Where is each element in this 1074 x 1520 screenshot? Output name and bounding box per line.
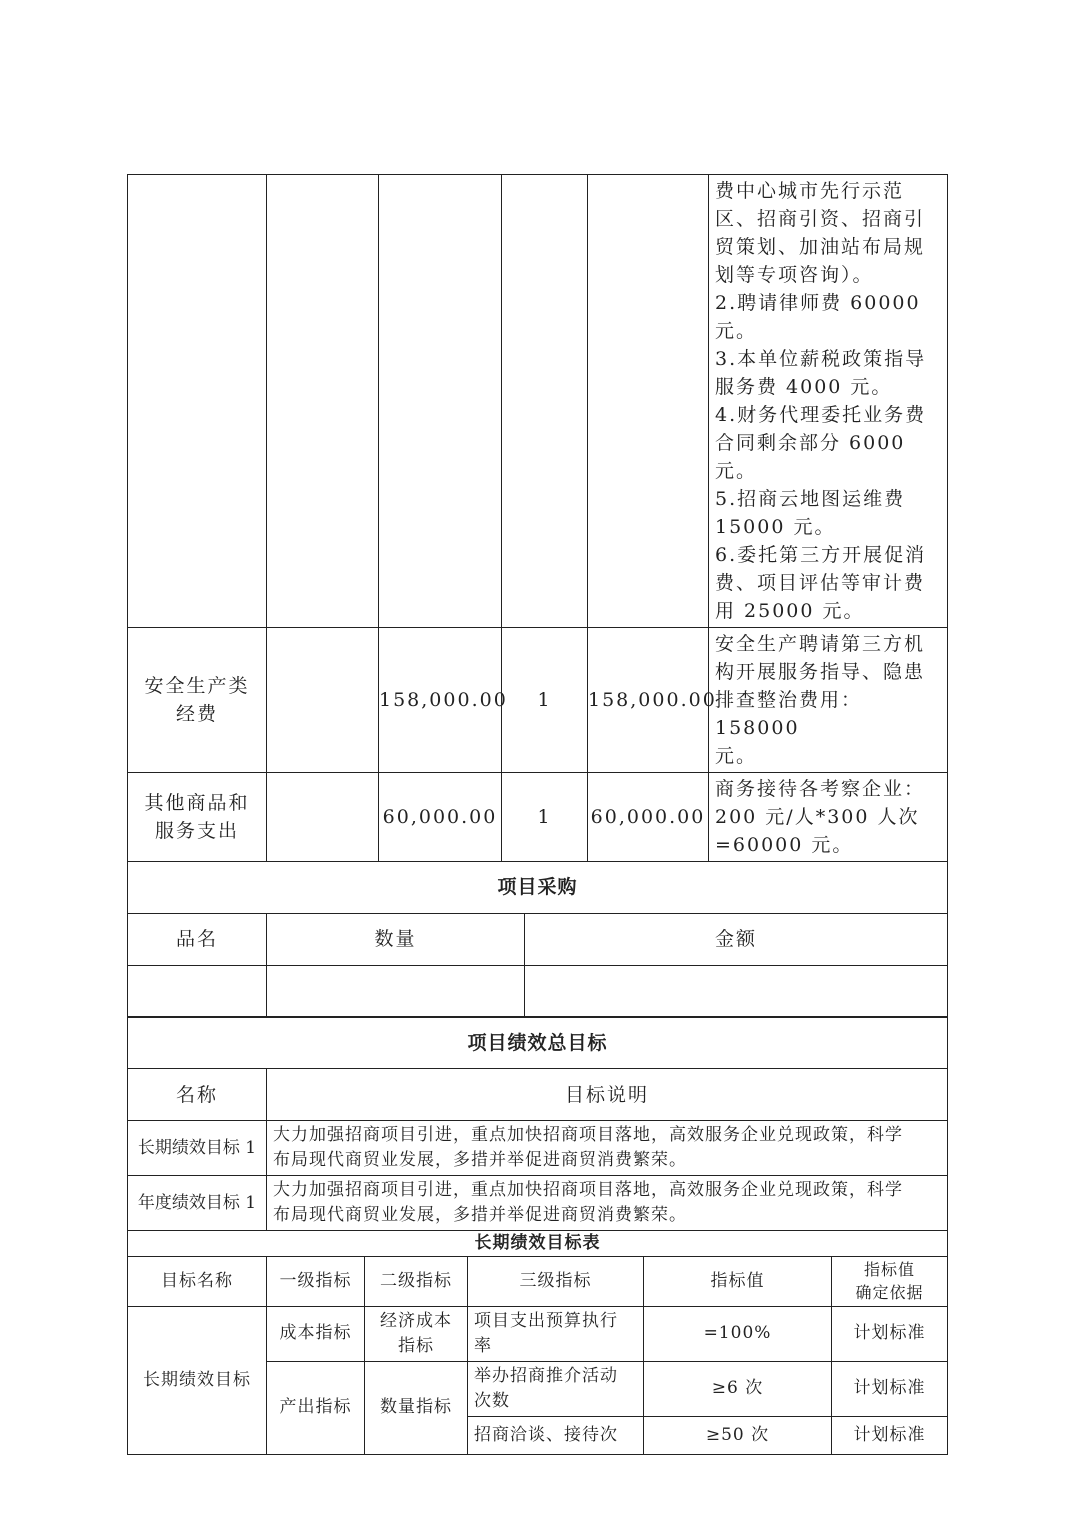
- procurement-title: 项目采购: [128, 861, 948, 913]
- note-line: 2.聘请律师费 60000 元。: [715, 289, 941, 345]
- procurement-table: 项目采购 品名 数量 金额: [127, 861, 948, 1018]
- note-line: 用 25000 元。: [715, 597, 941, 625]
- calculation-note-cell: 商务接待各考察企业： 200 元/人*300 人次 =60000 元。: [709, 773, 948, 862]
- note-line: 费、项目评估等审计费: [715, 569, 941, 597]
- header-level2: 二级指标: [365, 1256, 468, 1306]
- blank-cell: [267, 773, 379, 862]
- goal-description: 大力加强招商项目引进，重点加快招商项目落地，高效服务企业兑现政策，科学 布局现代…: [267, 1176, 948, 1231]
- note-line: 4.财务代理委托业务费: [715, 401, 941, 429]
- blank-cell: [267, 175, 379, 628]
- note-line: 排查整治费用：158000: [715, 686, 941, 742]
- goal-description: 大力加强招商项目引进，重点加快招商项目落地，高效服务企业兑现政策，科学 布局现代…: [267, 1121, 948, 1176]
- note-line: 6.委托第三方开展促消: [715, 541, 941, 569]
- amount-cell: 60,000.00: [588, 773, 709, 862]
- document-page: 费中心城市先行示范 区、招商引资、招商引 贸策划、加油站布局规 划等专项咨询）。…: [127, 174, 947, 1455]
- note-line: 划等专项咨询）。: [715, 261, 941, 289]
- calculation-note-cell: 安全生产聘请第三方机 构开展服务指导、隐患 排查整治费用：158000 元。: [709, 628, 948, 773]
- level3-line: 率: [474, 1334, 637, 1359]
- quantity-cell: 1: [502, 773, 588, 862]
- procurement-cell: [267, 965, 525, 1017]
- item-name-line: 安全生产类: [128, 672, 266, 700]
- quantity-cell: [502, 175, 588, 628]
- overall-goal-title: 项目绩效总目标: [128, 1017, 948, 1069]
- budget-detail-table: 费中心城市先行示范 区、招商引资、招商引 贸策划、加油站布局规 划等专项咨询）。…: [127, 174, 948, 862]
- header-description: 目标说明: [267, 1069, 948, 1121]
- item-name-cell: [128, 175, 267, 628]
- goal-name: 年度绩效目标 1: [128, 1176, 267, 1231]
- desc-line: 布局现代商贸业发展，多措并举促进商贸消费繁荣。: [273, 1203, 941, 1228]
- level3-line: 举办招商推介活动: [474, 1364, 637, 1389]
- note-line: 构开展服务指导、隐患: [715, 658, 941, 686]
- level3-line: 次数: [474, 1389, 637, 1414]
- goal-name-cell: 长期绩效目标: [128, 1306, 267, 1454]
- item-name-line: 其他商品和: [128, 789, 266, 817]
- value-cell: ≥6 次: [644, 1361, 832, 1416]
- level1-cell: 成本指标: [267, 1306, 365, 1361]
- amount-cell: [588, 175, 709, 628]
- level3-cell: 项目支出预算执行 率: [468, 1306, 644, 1361]
- budget-row: 其他商品和 服务支出 60,000.00 1 60,000.00 商务接待各考察…: [128, 773, 948, 862]
- desc-line: 布局现代商贸业发展，多措并举促进商贸消费繁荣。: [273, 1148, 941, 1173]
- note-line: 200 元/人*300 人次: [715, 803, 941, 831]
- long-term-table-title: 长期绩效目标表: [128, 1230, 948, 1256]
- procurement-cell: [525, 965, 948, 1017]
- basis-cell: 计划标准: [832, 1306, 948, 1361]
- note-line: 5.招商云地图运维费: [715, 485, 941, 513]
- item-name-cell: 其他商品和 服务支出: [128, 773, 267, 862]
- header-level3: 三级指标: [468, 1256, 644, 1306]
- calculation-note-cell: 费中心城市先行示范 区、招商引资、招商引 贸策划、加油站布局规 划等专项咨询）。…: [709, 175, 948, 628]
- unit-price-cell: 158,000.00: [379, 628, 502, 773]
- value-cell: ≥50 次: [644, 1416, 832, 1454]
- header-basis-line: 指标值: [832, 1258, 947, 1281]
- header-goal-name: 目标名称: [128, 1256, 267, 1306]
- note-line: 服务费 4000 元。: [715, 373, 941, 401]
- overall-goal-table: 项目绩效总目标 名称 目标说明 长期绩效目标 1 大力加强招商项目引进，重点加快…: [127, 1016, 948, 1231]
- note-line: 3.本单位薪税政策指导: [715, 345, 941, 373]
- header-level1: 一级指标: [267, 1256, 365, 1306]
- level1-cell: 产出指标: [267, 1361, 365, 1454]
- note-line: =60000 元。: [715, 831, 941, 859]
- item-name-cell: 安全生产类 经费: [128, 628, 267, 773]
- level3-line: 项目支出预算执行: [474, 1309, 637, 1334]
- header-item-name: 品名: [128, 913, 267, 965]
- quantity-cell: 1: [502, 628, 588, 773]
- item-name-line: 经费: [128, 700, 266, 728]
- goal-name: 长期绩效目标 1: [128, 1121, 267, 1176]
- header-quantity: 数量: [267, 913, 525, 965]
- level2-cell: 数量指标: [365, 1361, 468, 1454]
- level2-line: 指标: [365, 1334, 467, 1359]
- level2-cell: 经济成本 指标: [365, 1306, 468, 1361]
- header-basis-line: 确定依据: [832, 1281, 947, 1304]
- note-line: 15000 元。: [715, 513, 941, 541]
- desc-line: 大力加强招商项目引进，重点加快招商项目落地，高效服务企业兑现政策，科学: [273, 1123, 941, 1148]
- blank-cell: [267, 628, 379, 773]
- note-line: 合同剩余部分 6000 元。: [715, 429, 941, 485]
- unit-price-cell: 60,000.00: [379, 773, 502, 862]
- amount-cell: 158,000.00: [588, 628, 709, 773]
- level2-line: 经济成本: [365, 1309, 467, 1334]
- value-cell: =100%: [644, 1306, 832, 1361]
- header-amount: 金额: [525, 913, 948, 965]
- basis-cell: 计划标准: [832, 1361, 948, 1416]
- item-name-line: 服务支出: [128, 817, 266, 845]
- basis-cell: 计划标准: [832, 1416, 948, 1454]
- level3-cell: 举办招商推介活动 次数: [468, 1361, 644, 1416]
- budget-row: 安全生产类 经费 158,000.00 1 158,000.00 安全生产聘请第…: [128, 628, 948, 773]
- note-line: 区、招商引资、招商引: [715, 205, 941, 233]
- header-name: 名称: [128, 1069, 267, 1121]
- header-value: 指标值: [644, 1256, 832, 1306]
- note-line: 安全生产聘请第三方机: [715, 630, 941, 658]
- note-line: 贸策划、加油站布局规: [715, 233, 941, 261]
- long-term-goal-table: 长期绩效目标表 目标名称 一级指标 二级指标 三级指标 指标值 指标值 确定依据…: [127, 1230, 948, 1455]
- desc-line: 大力加强招商项目引进，重点加快招商项目落地，高效服务企业兑现政策，科学: [273, 1178, 941, 1203]
- header-basis: 指标值 确定依据: [832, 1256, 948, 1306]
- note-line: 元。: [715, 742, 941, 770]
- budget-row: 费中心城市先行示范 区、招商引资、招商引 贸策划、加油站布局规 划等专项咨询）。…: [128, 175, 948, 628]
- procurement-cell: [128, 965, 267, 1017]
- level3-cell: 招商洽谈、接待次: [468, 1416, 644, 1454]
- note-line: 费中心城市先行示范: [715, 177, 941, 205]
- note-line: 商务接待各考察企业：: [715, 775, 941, 803]
- unit-price-cell: [379, 175, 502, 628]
